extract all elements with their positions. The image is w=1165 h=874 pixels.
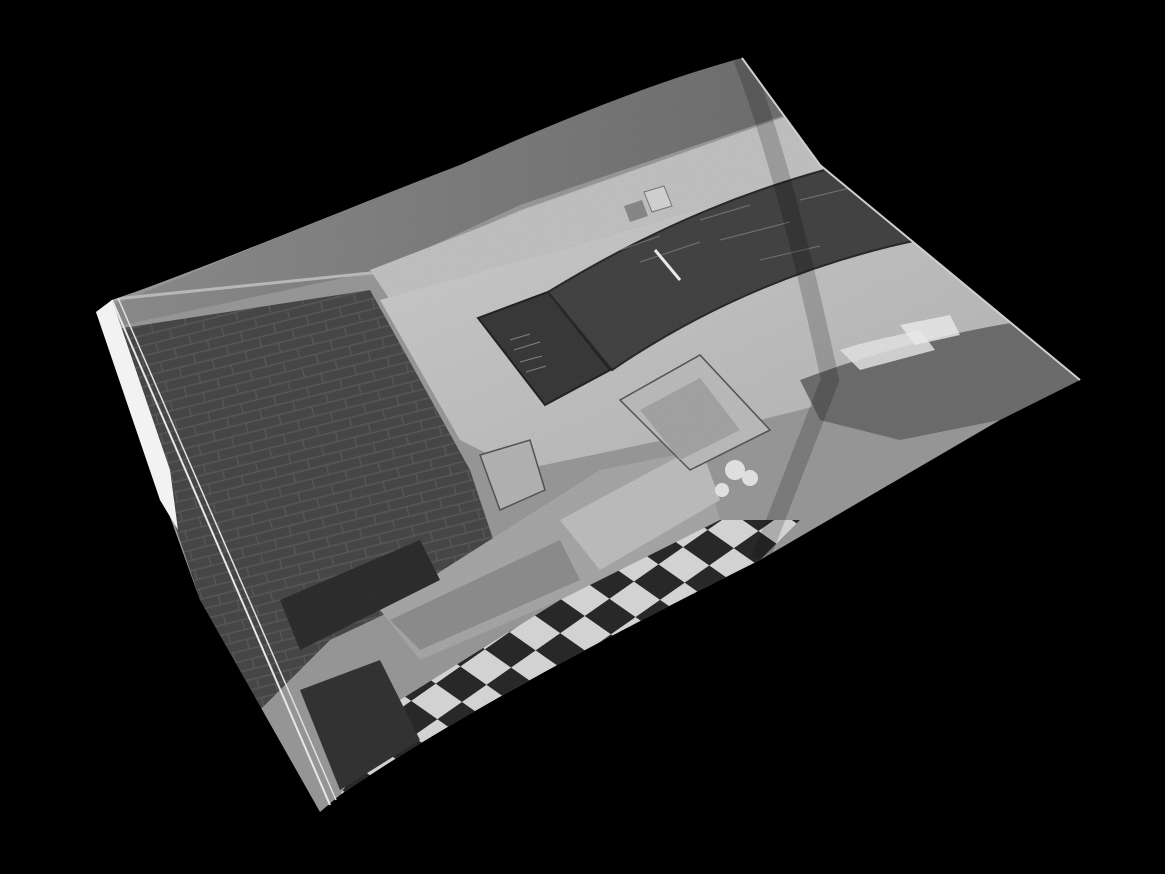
magazine-photo xyxy=(0,0,1165,874)
photo-scene: Open magazine spread photographed at an … xyxy=(0,0,1165,874)
